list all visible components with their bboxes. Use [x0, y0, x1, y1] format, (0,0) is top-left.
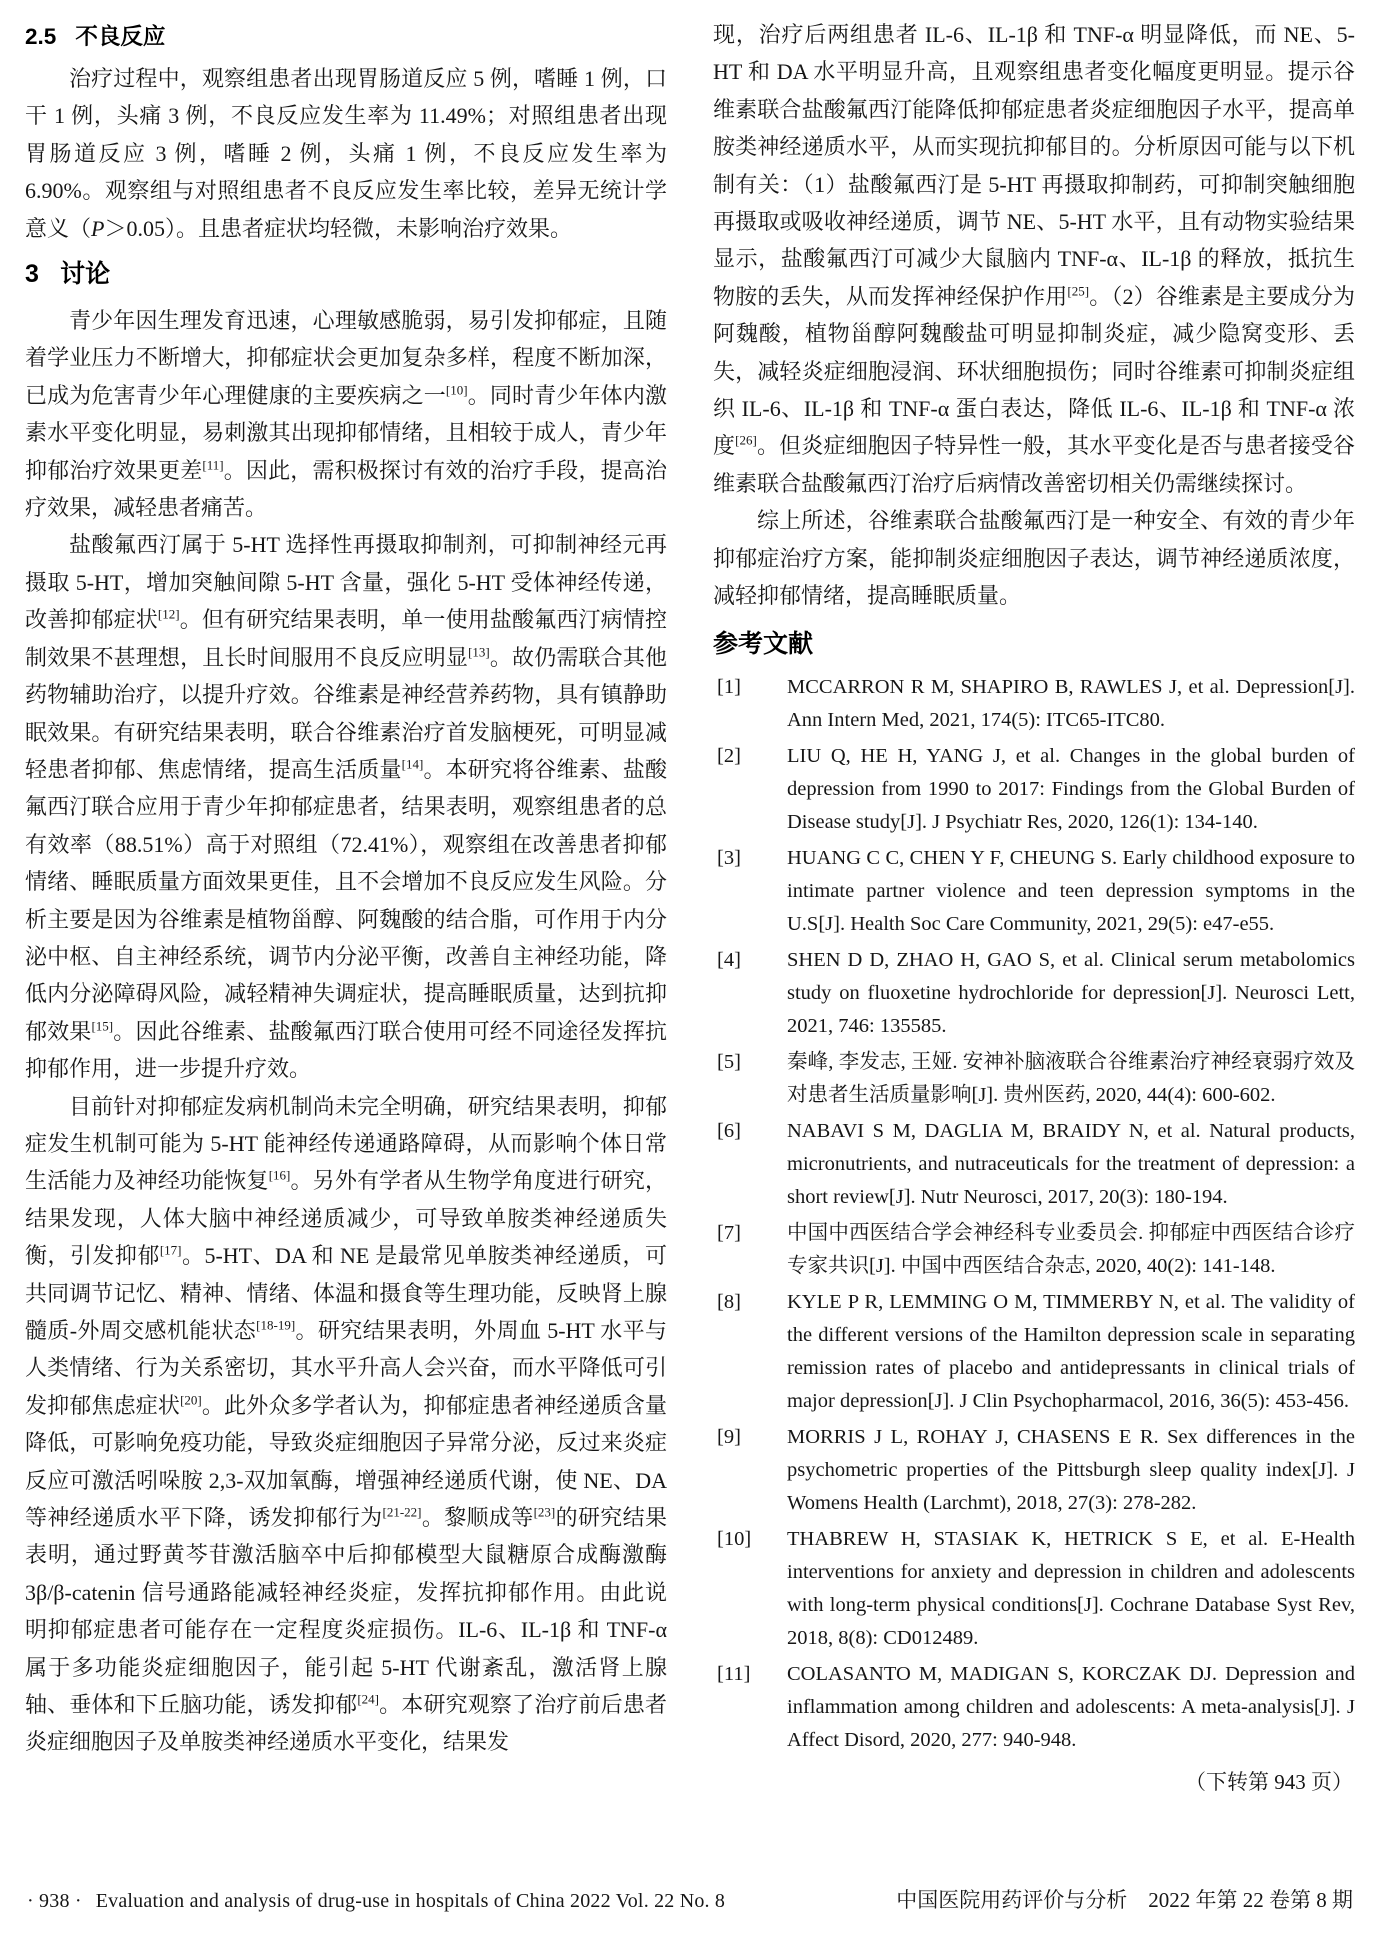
- reference-item: [9]MORRIS J L, ROHAY J, CHASENS E R. Sex…: [713, 1421, 1355, 1520]
- citation-superscript: [16]: [269, 1168, 291, 1183]
- reference-text: NABAVI S M, DAGLIA M, BRAIDY N, et al. N…: [787, 1115, 1355, 1214]
- reference-item: [7]中国中西医结合学会神经科专业委员会. 抑郁症中西医结合诊疗专家共识[J].…: [713, 1217, 1355, 1283]
- footer-left: · 938 · Evaluation and analysis of drug-…: [27, 1890, 725, 1913]
- reference-text: COLASANTO M, MADIGAN S, KORCZAK DJ. Depr…: [787, 1658, 1355, 1757]
- citation-superscript: [12]: [158, 607, 180, 622]
- body-paragraph: 青少年因生理发育迅速，心理敏感脆弱，易引发抑郁症，且随着学业压力不断增大，抑郁症…: [25, 302, 667, 526]
- body-paragraph: 目前针对抑郁症发病机制尚未完全明确，研究结果表明，抑郁症发生机制可能为 5-HT…: [25, 1088, 667, 1761]
- section-title: 不良反应: [75, 24, 165, 49]
- two-column-body: 2.5不良反应 治疗过程中，观察组患者出现胃肠道反应 5 例，嗜睡 1 例，口干…: [25, 16, 1355, 1884]
- citation-superscript: [18-19]: [256, 1318, 295, 1333]
- reference-number: [7]: [713, 1217, 787, 1283]
- reference-text: MORRIS J L, ROHAY J, CHASENS E R. Sex di…: [787, 1421, 1355, 1520]
- citation-superscript: [26]: [735, 433, 757, 448]
- journal-page: 2.5不良反应 治疗过程中，观察组患者出现胃肠道反应 5 例，嗜睡 1 例，口干…: [0, 0, 1375, 1940]
- citation-superscript: [13]: [468, 644, 490, 659]
- citation-superscript: [20]: [180, 1392, 202, 1407]
- reference-item: [11]COLASANTO M, MADIGAN S, KORCZAK DJ. …: [713, 1658, 1355, 1757]
- citation-superscript: [10]: [446, 383, 468, 398]
- left-column: 2.5不良反应 治疗过程中，观察组患者出现胃肠道反应 5 例，嗜睡 1 例，口干…: [25, 16, 667, 1884]
- citation-superscript: [23]: [534, 1505, 556, 1520]
- reference-number: [6]: [713, 1115, 787, 1214]
- page-number: · 938 ·: [27, 1890, 82, 1913]
- citation-superscript: [25]: [1067, 284, 1089, 299]
- section-number: 3: [25, 260, 39, 288]
- reference-number: [9]: [713, 1421, 787, 1520]
- reference-number: [4]: [713, 944, 787, 1043]
- reference-number: [1]: [713, 671, 787, 737]
- reference-text: KYLE P R, LEMMING O M, TIMMERBY N, et al…: [787, 1286, 1355, 1418]
- reference-item: [2]LIU Q, HE H, YANG J, et al. Changes i…: [713, 740, 1355, 839]
- reference-text: 秦峰, 李发志, 王娅. 安神补脑液联合谷维素治疗神经衰弱疗效及对患者生活质量影…: [787, 1046, 1355, 1112]
- reference-item: [5]秦峰, 李发志, 王娅. 安神补脑液联合谷维素治疗神经衰弱疗效及对患者生活…: [713, 1046, 1355, 1112]
- reference-text: 中国中西医结合学会神经科专业委员会. 抑郁症中西医结合诊疗专家共识[J]. 中国…: [787, 1217, 1355, 1283]
- reference-number: [8]: [713, 1286, 787, 1418]
- right-column: 现，治疗后两组患者 IL-6、IL-1β 和 TNF-α 明显降低，而 NE、5…: [713, 16, 1355, 1884]
- citation-superscript: [24]: [357, 1692, 379, 1707]
- body-paragraph: 盐酸氟西汀属于 5-HT 选择性再摄取抑制剂，可抑制神经元再摄取 5-HT，增加…: [25, 526, 667, 1087]
- section-title: 讨论: [60, 260, 110, 288]
- reference-item: [6]NABAVI S M, DAGLIA M, BRAIDY N, et al…: [713, 1115, 1355, 1214]
- citation-superscript: [11]: [202, 457, 223, 472]
- body-paragraph-summary: 综上所述，谷维素联合盐酸氟西汀是一种安全、有效的青少年抑郁症治疗方案，能抑制炎症…: [713, 502, 1355, 614]
- reference-text: HUANG C C, CHEN Y F, CHEUNG S. Early chi…: [787, 842, 1355, 941]
- reference-number: [10]: [713, 1523, 787, 1655]
- section-heading-adverse-reactions: 2.5不良反应: [25, 20, 667, 54]
- reference-text: MCCARRON R M, SHAPIRO B, RAWLES J, et al…: [787, 671, 1355, 737]
- body-paragraph-continuation: 现，治疗后两组患者 IL-6、IL-1β 和 TNF-α 明显降低，而 NE、5…: [713, 16, 1355, 502]
- reference-number: [2]: [713, 740, 787, 839]
- citation-superscript: [21-22]: [383, 1505, 422, 1520]
- reference-number: [5]: [713, 1046, 787, 1112]
- reference-text: SHEN D D, ZHAO H, GAO S, et al. Clinical…: [787, 944, 1355, 1043]
- journal-name-en: Evaluation and analysis of drug-use in h…: [96, 1890, 725, 1913]
- citation-superscript: [17]: [160, 1243, 182, 1258]
- reference-list: [1]MCCARRON R M, SHAPIRO B, RAWLES J, et…: [713, 671, 1355, 1757]
- reference-item: [3]HUANG C C, CHEN Y F, CHEUNG S. Early …: [713, 842, 1355, 941]
- body-paragraph-adverse: 治疗过程中，观察组患者出现胃肠道反应 5 例，嗜睡 1 例，口干 1 例，头痛 …: [25, 60, 667, 247]
- citation-superscript: [15]: [91, 1018, 113, 1033]
- reference-item: [4]SHEN D D, ZHAO H, GAO S, et al. Clini…: [713, 944, 1355, 1043]
- italic-variable: P: [91, 216, 104, 241]
- page-footer: · 938 · Evaluation and analysis of drug-…: [25, 1884, 1355, 1940]
- section-number: 2.5: [25, 24, 56, 49]
- continuation-note: （下转第 943 页）: [713, 1765, 1355, 1799]
- reference-text: LIU Q, HE H, YANG J, et al. Changes in t…: [787, 740, 1355, 839]
- reference-item: [8]KYLE P R, LEMMING O M, TIMMERBY N, et…: [713, 1286, 1355, 1418]
- reference-text: THABREW H, STASIAK K, HETRICK S E, et al…: [787, 1523, 1355, 1655]
- reference-number: [11]: [713, 1658, 787, 1757]
- references-heading: 参考文献: [713, 625, 1355, 663]
- reference-item: [10]THABREW H, STASIAK K, HETRICK S E, e…: [713, 1523, 1355, 1655]
- journal-name-cn: 中国医院用药评价与分析 2022 年第 22 卷第 8 期: [896, 1884, 1353, 1914]
- reference-item: [1]MCCARRON R M, SHAPIRO B, RAWLES J, et…: [713, 671, 1355, 737]
- citation-superscript: [14]: [402, 757, 424, 772]
- section-heading-discussion: 3讨论: [25, 255, 667, 293]
- reference-number: [3]: [713, 842, 787, 941]
